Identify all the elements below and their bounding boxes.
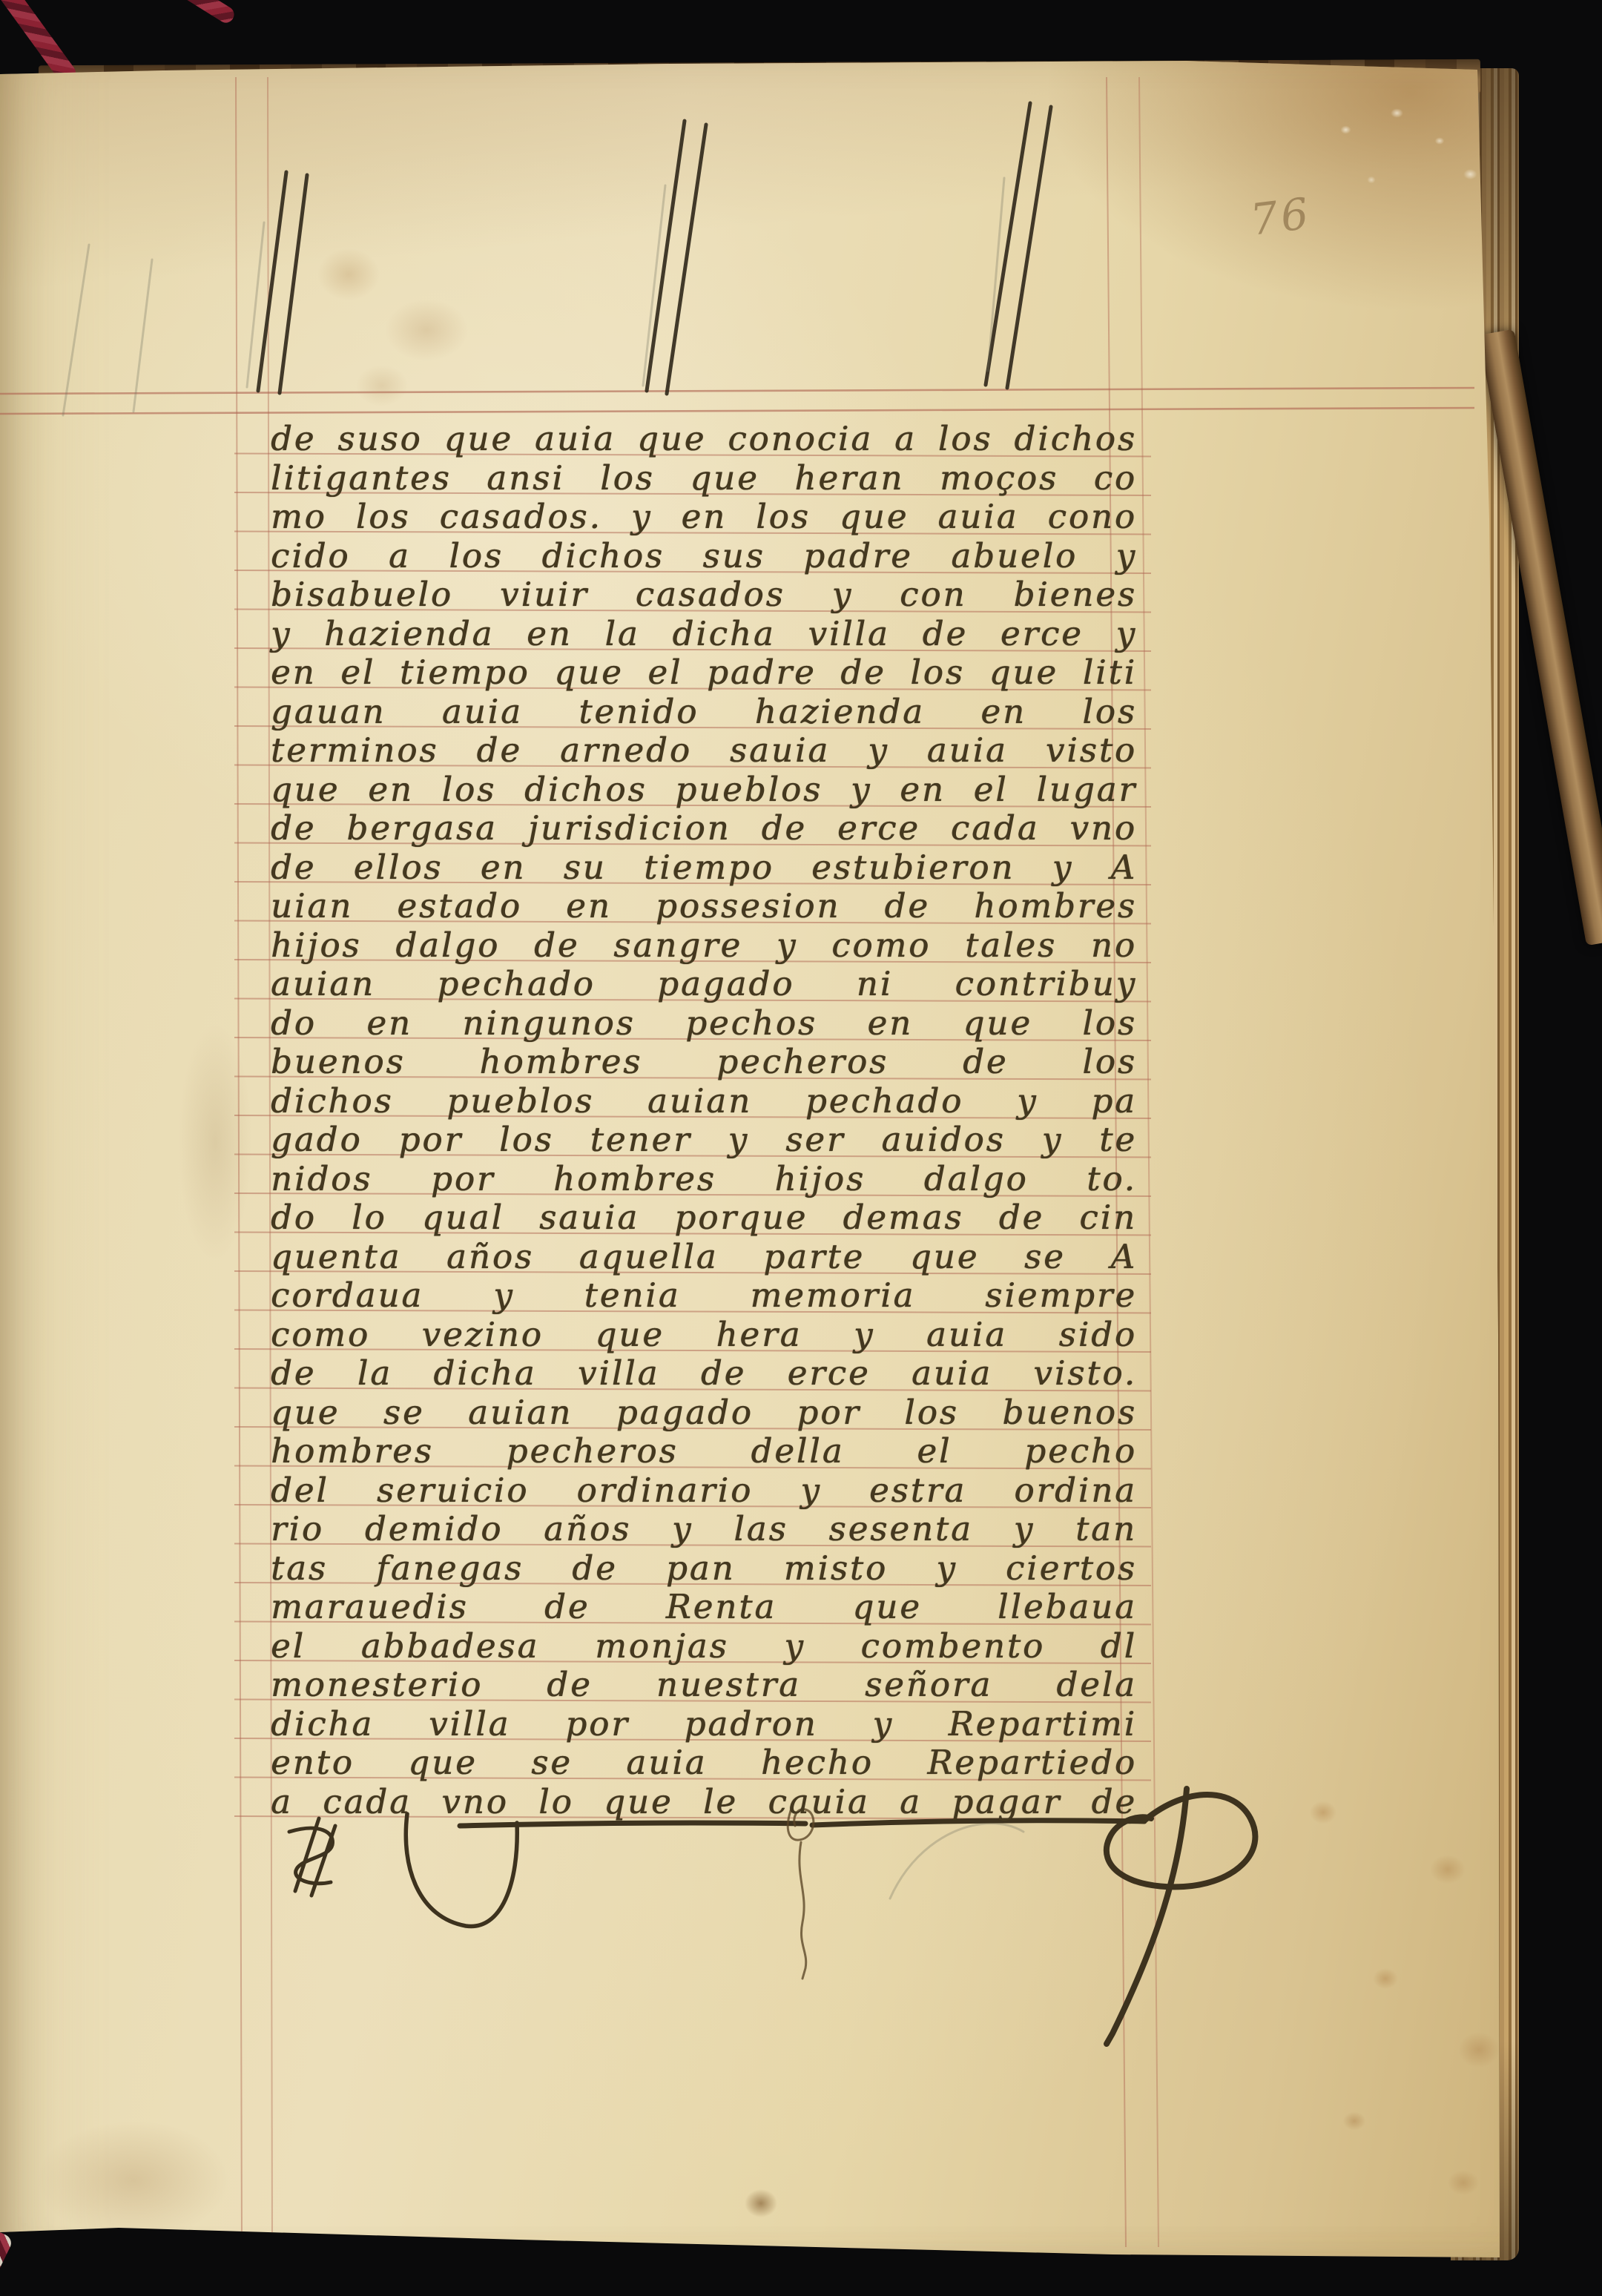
manuscript-line: gauan auia tenido hazienda en los: [271, 693, 1137, 732]
manuscript-line: litigantes ansi los que heran moços co: [271, 459, 1137, 498]
manuscript-line: monesterio de nuestra señora dela: [271, 1666, 1137, 1705]
manuscript-line: mo los casados. y en los que auia cono: [271, 498, 1137, 537]
manuscript-line: en el tiempo que el padre de los que lit…: [271, 653, 1137, 693]
photographed-manuscript: de suso que auia que conocia a los dicho…: [0, 0, 1602, 2296]
cancellation-slashes-icon: [258, 103, 1051, 394]
manuscript-line: que se auian pagado por los buenos: [271, 1393, 1137, 1433]
manuscript-line: rio demido años y las sesenta y tan: [271, 1510, 1137, 1549]
red-binding-cord-bottom: [0, 2229, 14, 2295]
notary-rubric-middle: [788, 1807, 814, 1979]
manuscript-line: hijos dalgo de sangre y como tales no: [271, 926, 1137, 966]
manuscript-line: el abbadesa monjas y combento dl: [271, 1627, 1137, 1666]
folio-number: 76: [1247, 188, 1313, 245]
manuscript-line: del seruicio ordinario y estra ordina: [271, 1471, 1137, 1511]
parchment-page: de suso que auia que conocia a los dicho…: [0, 0, 1602, 2296]
manuscript-line: nidos por hombres hijos dalgo to.: [271, 1160, 1137, 1199]
manuscript-line: cordaua y tenia memoria siempre: [271, 1276, 1137, 1316]
manuscript-line: cido a los dichos sus padre abuelo y: [271, 537, 1137, 576]
manuscript-line: de suso que auia que conocia a los dicho…: [271, 420, 1137, 459]
manuscript-line: bisabuelo viuir casados y con bienes: [271, 575, 1137, 615]
manuscript-line: buenos hombres pecheros de los: [271, 1043, 1137, 1082]
manuscript-line: como vezino que hera y auia sido: [271, 1316, 1137, 1355]
manuscript-line: y hazienda en la dicha villa de erce y: [271, 615, 1137, 654]
manuscript-line: a cada vno lo que le cauia a pagar de: [271, 1783, 1137, 1822]
manuscript-line: uian estado en possesion de hombres: [271, 887, 1137, 926]
manuscript-line: ento que se auia hecho Repartiedo: [271, 1744, 1137, 1783]
manuscript-line: de bergasa jurisdicion de erce cada vno: [271, 809, 1137, 848]
notary-rubric-paraph: [1107, 1789, 1256, 2044]
notary-rubric-left: [289, 1818, 335, 1896]
manuscript-text-block: de suso que auia que conocia a los dicho…: [271, 420, 1137, 1821]
notary-rubric-sweep: [406, 1814, 517, 1927]
manuscript-line: marauedis de Renta que llebaua: [271, 1588, 1137, 1627]
manuscript-line: do en ningunos pechos en que los: [271, 1004, 1137, 1043]
manuscript-line: de ellos en su tiempo estubieron y A: [271, 848, 1137, 888]
manuscript-line: tas fanegas de pan misto y ciertos: [271, 1549, 1137, 1589]
manuscript-line: terminos de arnedo sauia y auia visto: [271, 731, 1137, 771]
manuscript-line: do lo qual sauia porque demas de cin: [271, 1198, 1137, 1238]
manuscript-line: dichos pueblos auian pechado y pa: [271, 1082, 1137, 1121]
manuscript-line: de la dicha villa de erce auia visto.: [271, 1354, 1137, 1393]
manuscript-line: auian pechado pagado ni contribuy: [271, 965, 1137, 1004]
manuscript-line: quenta años aquella parte que se A: [271, 1238, 1137, 1277]
manuscript-line: que en los dichos pueblos y en el lugar: [271, 771, 1137, 810]
red-binding-cord-fragment: [171, 0, 237, 26]
manuscript-line: gado por los tener y ser auidos y te: [271, 1121, 1137, 1160]
manuscript-line: hombres pecheros della el pecho: [271, 1432, 1137, 1471]
manuscript-line: dicha villa por padron y Repartimi: [271, 1705, 1137, 1744]
